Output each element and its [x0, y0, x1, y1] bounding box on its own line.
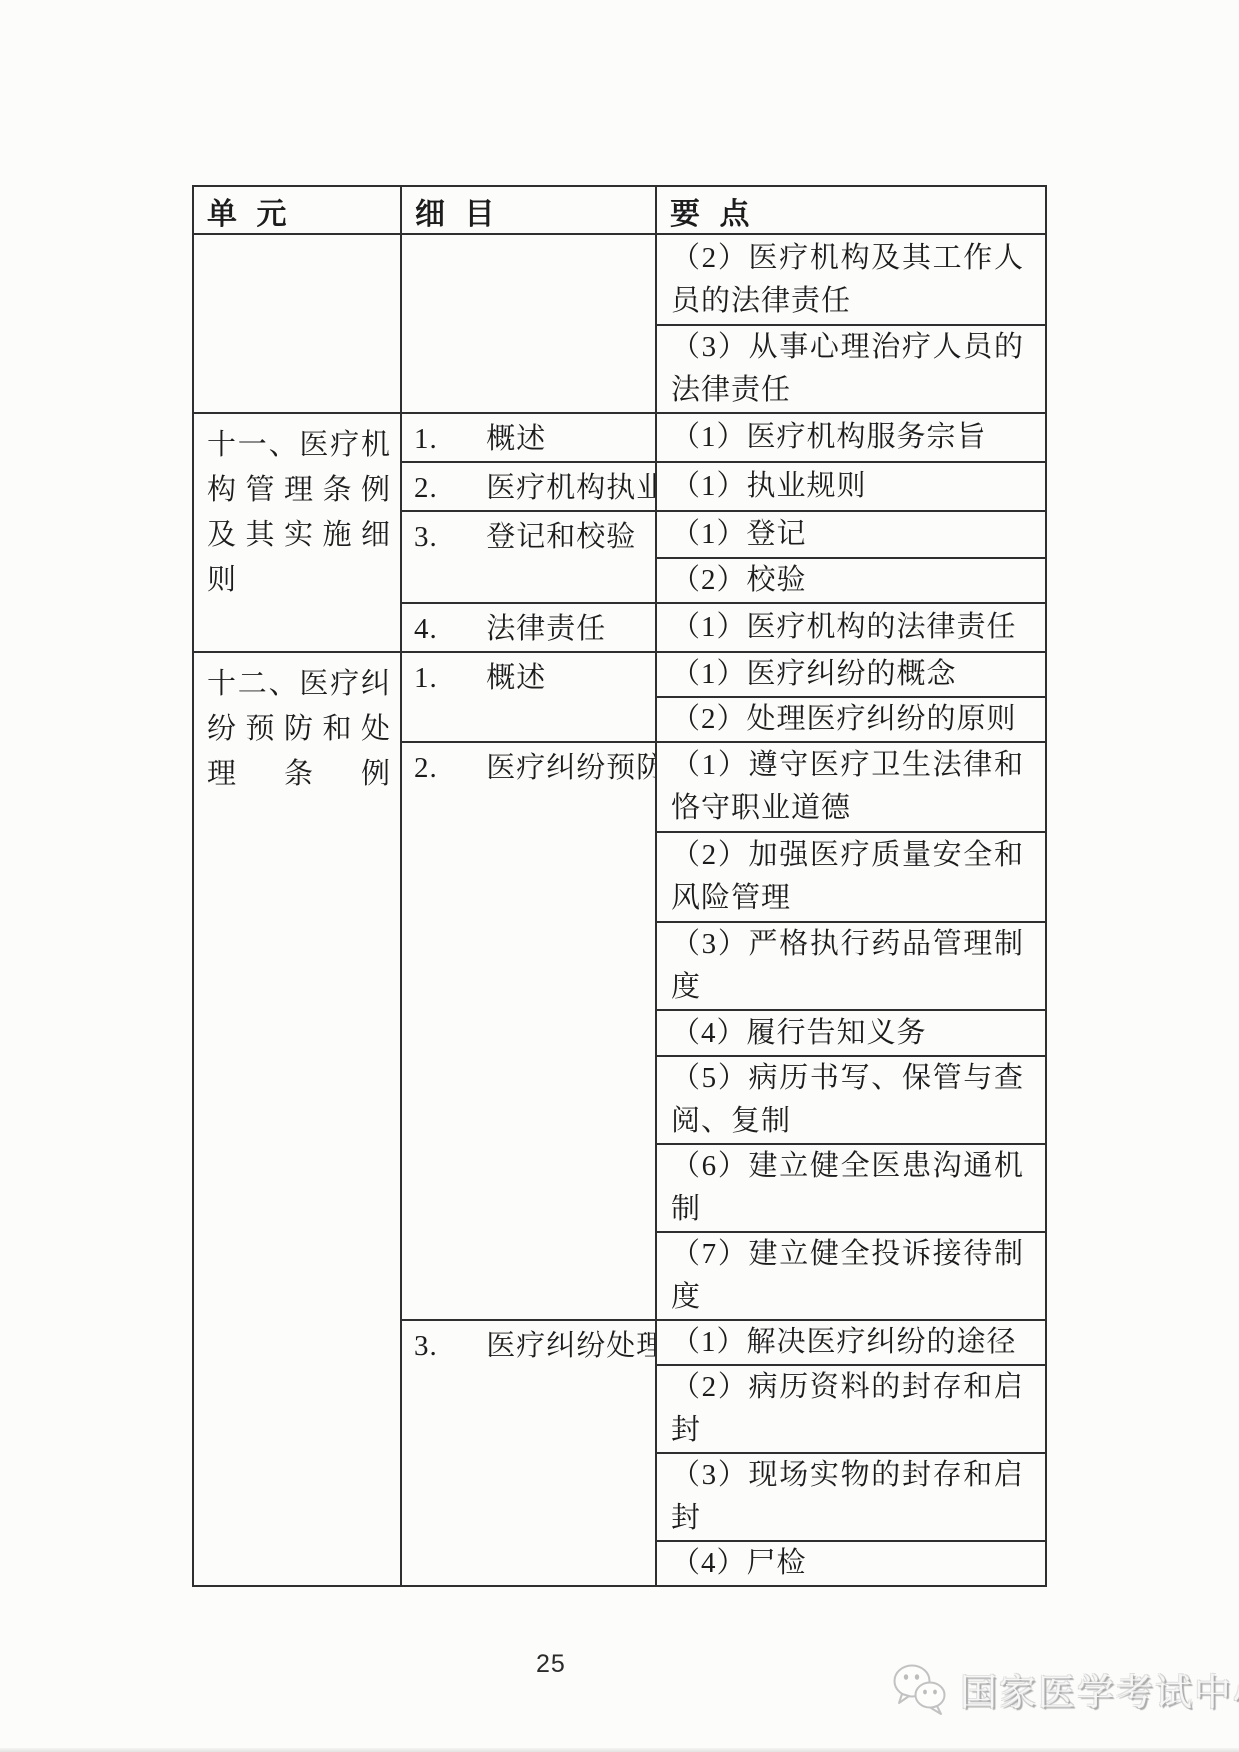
point-cell: （7）建立健全投诉接待制度: [656, 1232, 1046, 1320]
point-cell: （6）建立健全医患沟通机制: [656, 1144, 1046, 1232]
detail-cell: 1. 概述: [401, 413, 656, 462]
header-unit: 单 元: [193, 186, 401, 234]
point-cell: （1）遵守医疗卫生法律和恪守职业道德: [656, 742, 1046, 832]
point-cell: （1）医疗纠纷的概念: [656, 652, 1046, 697]
watermark: 国家医学考试中心: [890, 1662, 1239, 1716]
table-row: 十一、医疗机 构管理条例 及其实施细 则 1. 概述 （1）医疗机构服务宗旨: [193, 413, 1046, 462]
point-cell: （2）加强医疗质量安全和风险管理: [656, 832, 1046, 922]
point-cell: （1）执业规则: [656, 462, 1046, 511]
unit-cell-12: 十二、医疗纠 纷预防和处 理条例: [193, 652, 401, 1586]
detail-cell: 2. 医疗纠纷预防: [401, 742, 656, 1320]
syllabus-table: 单 元 细 目 要 点 （2）医疗机构及其工作人员的法律责任 （3）从事心理治疗…: [192, 185, 1047, 1587]
point-cell: （3）现场实物的封存和启封: [656, 1453, 1046, 1541]
point-cell: （2）病历资料的封存和启封: [656, 1365, 1046, 1453]
point-cell: （2）处理医疗纠纷的原则: [656, 697, 1046, 742]
point-cell: （1）医疗机构服务宗旨: [656, 413, 1046, 462]
watermark-text: 国家医学考试中心: [960, 1662, 1239, 1716]
detail-cell-empty: [401, 234, 656, 413]
header-detail: 细 目: [401, 186, 656, 234]
point-cell: （5）病历书写、保管与查阅、复制: [656, 1056, 1046, 1144]
point-cell: （1）解决医疗纠纷的途径: [656, 1320, 1046, 1365]
detail-cell: 1. 概述: [401, 652, 656, 742]
point-cell: （3）严格执行药品管理制度: [656, 922, 1046, 1010]
detail-cell: 4. 法律责任: [401, 603, 656, 652]
point-cell: （3）从事心理治疗人员的法律责任: [656, 325, 1046, 413]
detail-cell: 3. 医疗纠纷处理: [401, 1320, 656, 1586]
scanned-document-page: 单 元 细 目 要 点 （2）医疗机构及其工作人员的法律责任 （3）从事心理治疗…: [0, 0, 1239, 1752]
unit-cell-11: 十一、医疗机 构管理条例 及其实施细 则: [193, 413, 401, 652]
page-number: 25: [536, 1650, 566, 1679]
detail-cell: 3. 登记和校验: [401, 511, 656, 603]
point-cell: （4）履行告知义务: [656, 1010, 1046, 1056]
point-cell: （2）医疗机构及其工作人员的法律责任: [656, 234, 1046, 325]
point-cell: （1）登记: [656, 511, 1046, 558]
header-points: 要 点: [656, 186, 1046, 234]
unit-cell-empty: [193, 234, 401, 413]
table-header-row: 单 元 细 目 要 点: [193, 186, 1046, 234]
scan-edge-artifact: [0, 1748, 1239, 1752]
table-row: 十二、医疗纠 纷预防和处 理条例 1. 概述 （1）医疗纠纷的概念: [193, 652, 1046, 697]
table-row: （2）医疗机构及其工作人员的法律责任: [193, 234, 1046, 325]
point-cell: （2）校验: [656, 558, 1046, 603]
point-cell: （4）尸检: [656, 1541, 1046, 1586]
wechat-icon: [890, 1662, 952, 1716]
point-cell: （1）医疗机构的法律责任: [656, 603, 1046, 652]
detail-cell: 2. 医疗机构执业: [401, 462, 656, 511]
